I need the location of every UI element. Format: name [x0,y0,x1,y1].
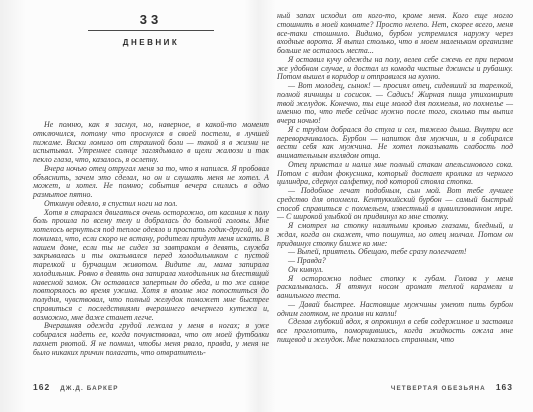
page-number-left: 162 [33,382,50,392]
chapter-header: 33 ДНЕВНИК [33,12,269,47]
paragraph: Отец привстал и налил мне полный стакан … [277,161,513,187]
left-page: 33 ДНЕВНИК Не помню, как я заснул, но, н… [33,0,269,412]
left-page-footer: 162ДЖ.Д. БАРКЕР [33,377,269,395]
running-title-author: ДЖ.Д. БАРКЕР [60,385,118,392]
right-page-body: ный запах исходил от кого-то, кроме меня… [277,12,513,345]
page-number-right: 163 [496,382,513,392]
chapter-rule [88,30,214,31]
paragraph: — Подобное лечат подобным, сын мой. Вот … [277,187,513,222]
paragraph: ный запах исходил от кого-то, кроме меня… [277,12,513,56]
paragraph: Хотя я старался двигаться очень осторожн… [33,209,269,323]
paragraph: Я с трудом добрался до стула и сел, тяже… [277,126,513,161]
running-title-book: ЧЕТВЕРТАЯ ОБЕЗЬЯНА [391,385,486,392]
paragraph: Вчерашняя одежда грудой лежала у меня в … [33,322,269,357]
paragraph: Не помню, как я заснул, но, наверное, в … [33,121,269,165]
right-page-footer: ЧЕТВЕРТАЯ ОБЕЗЬЯНА163 [277,377,513,395]
paragraph: Сделав глубокий вдох, я опрокинул в себя… [277,318,513,344]
paragraph: Я оставил кучу одежды на полу, велев себ… [277,56,513,82]
chapter-title: ДНЕВНИК [33,38,269,47]
right-page: ный запах исходил от кого-то, кроме меня… [277,0,513,412]
paragraph: — Давай быстрее. Настоящие мужчины умеют… [277,301,513,319]
book-spread: 33 ДНЕВНИК Не помню, как я заснул, но, н… [0,0,533,412]
left-page-body: Не помню, как я заснул, но, наверное, в … [33,121,269,357]
chapter-number: 33 [33,12,269,27]
paragraph: Вчера ночью отец отругал меня за то, что… [33,165,269,200]
paragraph: Я осторожно поднес стопку к губам. Голов… [277,275,513,301]
paragraph: — Вот молодец, сынок! — просиял отец, си… [277,82,513,126]
paragraph: Я смотрел на стопку налитыми кровью глаз… [277,222,513,248]
